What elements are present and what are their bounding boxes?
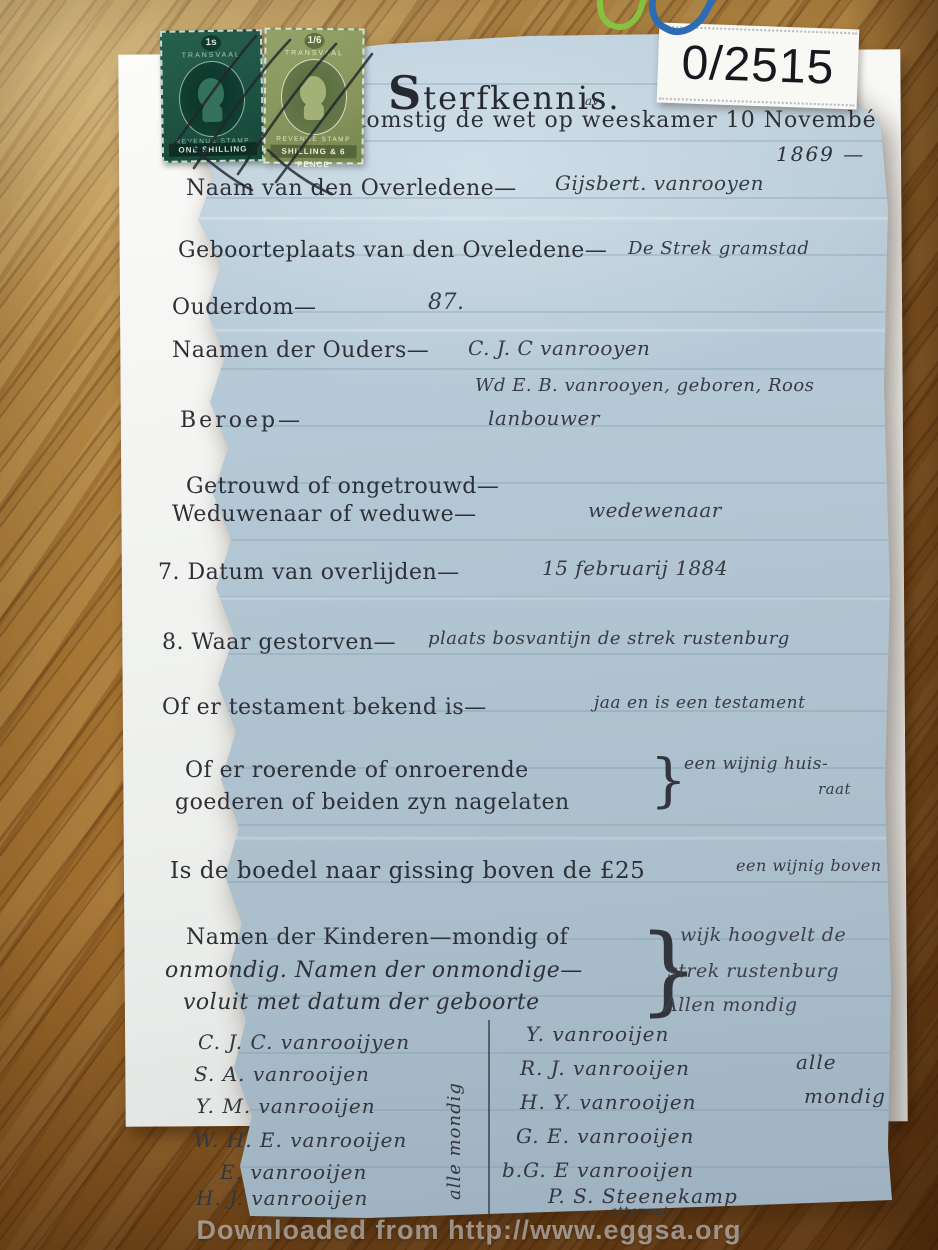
children-column-divider xyxy=(488,1020,490,1218)
portrait-silhouette xyxy=(198,78,225,108)
children-district-note-1: wijk hoogvelt de xyxy=(680,924,846,946)
children-district-note-3: Allen mondig xyxy=(664,994,798,1016)
stamp-value-banner: SHILLING & 6 PENCE xyxy=(270,145,356,159)
child-name-left-1: C. J. C. vanrooijyen xyxy=(198,1030,410,1054)
child-name-left-2: S. A. vanrooijen xyxy=(194,1062,370,1086)
children-left-margin-note: alle mondig xyxy=(444,1040,465,1200)
watermark-text: Downloaded from http://www.eggsa.org xyxy=(0,1217,938,1244)
field-name-of-deceased-value: Gijsbert. vanrooyen xyxy=(555,171,764,195)
field-goods-note-2: raat xyxy=(818,780,851,798)
field-goods-note-1: een wijnig huis- xyxy=(684,754,828,774)
stamp-denomination: 1/6 xyxy=(304,33,324,49)
field-age-label: Ouderdom— xyxy=(172,295,317,320)
field-goods-label-2: goederen of beiden zyn nagelaten xyxy=(175,790,570,815)
field-estate-note: een wijnig boven xyxy=(736,856,882,875)
field-occupation-value: lanbouwer xyxy=(488,406,600,430)
stamp-denomination: 1s xyxy=(201,35,221,51)
field-date-of-death-label: 7. Datum van overlijden— xyxy=(158,560,460,585)
stamp-kind-text: REVENUE STAMP xyxy=(266,136,362,145)
field-birthplace-label: Geboorteplaats van den Oveledene— xyxy=(178,238,607,263)
child-name-right-5: b.G. E vanrooijen xyxy=(502,1158,694,1182)
children-right-margin-note-1: alle xyxy=(796,1050,837,1074)
child-name-left-3: Y. M. vanrooijen xyxy=(196,1094,376,1118)
field-occupation-label: Beroep— xyxy=(180,408,303,433)
children-right-margin-note-2: mondig xyxy=(804,1084,886,1108)
revenue-stamp-one-shilling-six-pence: 1/6 TRANSVAAL REVENUE STAMP SHILLING & 6… xyxy=(263,28,364,165)
field-testament-value: jaa en is een testament xyxy=(594,693,805,713)
law-reference-line: komstig de wet op weeskamer 10 Novembé xyxy=(352,108,877,133)
photographed-death-notice: Sterfkennis. komstig de wet op weeskamer… xyxy=(0,0,938,1250)
archive-number-label: 0/2515 xyxy=(657,23,860,110)
field-parents-value-2: Wd E. B. vanrooyen, geboren, Roos xyxy=(475,375,814,396)
archive-number-text: 0/2515 xyxy=(681,39,835,92)
field-where-died-label: 8. Waar gestorven— xyxy=(162,630,396,655)
field-birthplace-value: De Strek gramstad xyxy=(628,238,809,259)
law-year: 1869 — xyxy=(776,142,865,166)
stamp-value-banner: ONE SHILLING xyxy=(169,142,257,157)
stamp-country-text: TRANSVAAL xyxy=(162,50,260,61)
revenue-stamp-one-shilling: 1s TRANSVAAL REVENUE STAMP ONE SHILLING xyxy=(160,29,264,163)
field-testament-label: Of er testament bekend is— xyxy=(162,695,487,720)
law-superscript: av xyxy=(585,94,599,108)
child-name-right-3: H. Y. vanrooijen xyxy=(520,1090,697,1114)
child-name-right-4: G. E. vanrooijen xyxy=(516,1124,694,1148)
child-name-left-6: H. J. vanrooijen xyxy=(196,1186,368,1210)
child-name-left-4: W. H. E. vanrooijen xyxy=(194,1128,407,1152)
child-name-right-2: R. J. vanrooijen xyxy=(520,1056,690,1080)
field-parents-label: Naamen der Ouders— xyxy=(172,338,429,363)
field-estate-label: Is de boedel naar gissing boven de £25 xyxy=(170,858,645,884)
field-widower-value: wedewenaar xyxy=(588,498,722,522)
child-name-right-1: Y. vanrooijen xyxy=(526,1022,669,1046)
field-name-of-deceased-label: Naam van den Overledene— xyxy=(186,176,517,201)
field-widower-label: Weduwenaar of weduwe— xyxy=(172,502,477,527)
field-date-of-death-value: 15 februarij 1884 xyxy=(542,556,728,580)
field-parents-value: C. J. C vanrooyen xyxy=(468,336,650,360)
goods-brace: } xyxy=(650,746,687,814)
children-heading-1: Namen der Kinderen—mondig of xyxy=(186,925,568,950)
field-goods-label-1: Of er roerende of onroerende xyxy=(185,758,529,783)
queen-victoria-portrait xyxy=(178,60,245,137)
field-where-died-value: plaats bosvantijn de strek rustenburg xyxy=(428,628,790,649)
children-heading-2: onmondig. Namen der onmondige— xyxy=(165,958,583,983)
children-heading-3: voluit met datum der geboorte xyxy=(183,990,540,1015)
children-district-note-2: strek rustenburg xyxy=(668,960,839,982)
field-married-label: Getrouwd of ongetrouwd— xyxy=(186,474,499,499)
death-notice-document: Sterfkennis. komstig de wet op weeskamer… xyxy=(128,28,898,1224)
child-name-left-5: E. vanrooijen xyxy=(220,1160,367,1184)
stamp-country-text: TRANSVAAL xyxy=(266,49,362,59)
field-age-value: 87. xyxy=(428,290,465,315)
portrait-silhouette xyxy=(300,76,326,106)
queen-victoria-portrait xyxy=(281,59,348,136)
